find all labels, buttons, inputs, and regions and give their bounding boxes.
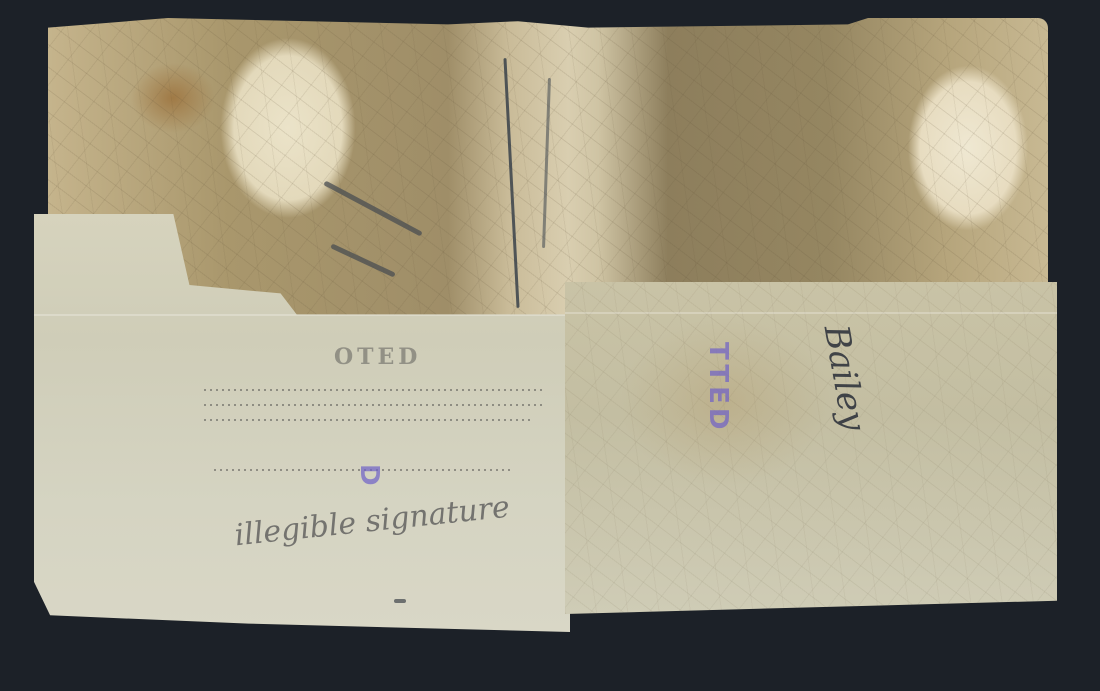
- printed-text: OTED: [334, 344, 421, 370]
- tissue-repair-right: TTED Bailey: [565, 282, 1057, 614]
- fold-seam: [565, 312, 1057, 314]
- printed-line: [204, 404, 544, 406]
- crackle-texture: [565, 282, 1057, 614]
- printed-line: [204, 389, 544, 391]
- purple-stamp-right: TTED: [703, 342, 733, 433]
- antique-note: OTED D illegible signature TTED Bailey: [30, 14, 1060, 634]
- signature: illegible signature: [233, 490, 511, 554]
- ink-dot: [394, 599, 406, 603]
- purple-stamp-left: D: [354, 464, 384, 490]
- printed-line: [204, 419, 534, 421]
